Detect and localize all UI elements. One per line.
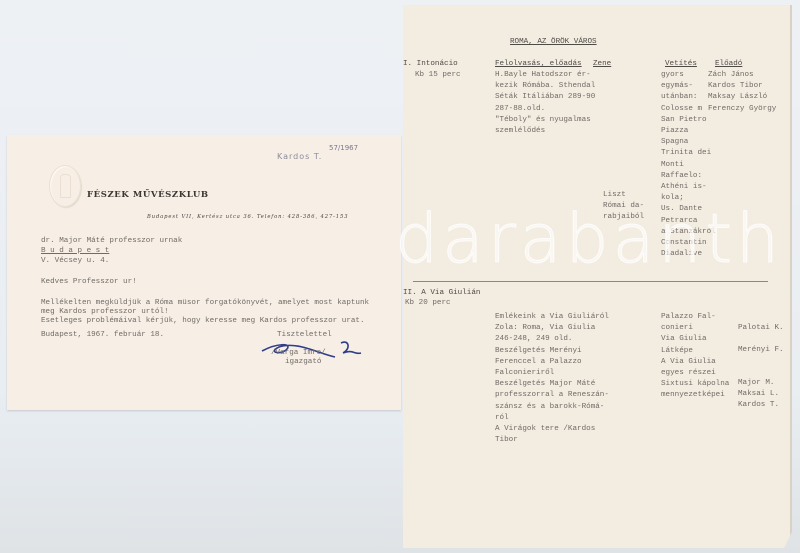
presenter-line: Zách János bbox=[708, 70, 776, 81]
reading-line: 287-88.old. bbox=[495, 104, 595, 115]
letterhead-name: FÉSZEK MŰVÉSZKLUB bbox=[87, 190, 209, 200]
projection-line: Látképe bbox=[661, 346, 729, 357]
section-2-projection: Palazzo Fal- conieri Via Giulia Látképe … bbox=[661, 312, 729, 402]
reading-line: "Téboly" és nyugalmas bbox=[495, 115, 595, 126]
header-music: Zene bbox=[593, 59, 611, 70]
presenter-line: Palotai K. bbox=[738, 323, 784, 334]
presenter-line: Ferenczy György bbox=[708, 104, 776, 115]
presenter-line: Maksay László bbox=[708, 92, 776, 103]
projection-line: Monti bbox=[661, 160, 716, 171]
reading-line: 246-248, 249 old. bbox=[495, 334, 609, 345]
projection-line: Spagna bbox=[661, 137, 716, 148]
signer-title: igazgató bbox=[285, 357, 321, 368]
presenter-line: Major M. bbox=[738, 378, 774, 389]
section-1-reading: H.Bayle Hatodszor ér- kezik Rómába. Sthe… bbox=[495, 70, 595, 137]
section-1-music: Liszt Római da- rabjaiból bbox=[603, 190, 644, 224]
reading-line: szánsz és a barokk-Rómá- bbox=[495, 402, 609, 413]
projection-line: Palazzo Fal- bbox=[661, 312, 729, 323]
header-presenter: Előadó bbox=[715, 59, 742, 70]
projection-line: Us. Dante bbox=[661, 204, 716, 215]
projection-line: A Via Giulia bbox=[661, 357, 729, 368]
projection-line: kola; bbox=[661, 193, 716, 204]
reading-line: Ferenccel a Palazzo bbox=[495, 357, 609, 368]
reading-line: Tibor bbox=[495, 435, 609, 446]
projection-line: Athéni is- bbox=[661, 182, 716, 193]
music-line: rabjaiból bbox=[603, 212, 644, 223]
section-2-duration: Kb 20 perc bbox=[405, 298, 451, 309]
recipient-address: V. Vécsey u. 4. bbox=[41, 256, 109, 267]
presenter-line: Kardos T. bbox=[738, 400, 779, 411]
header-projection: Vetítés bbox=[665, 59, 697, 70]
section-1-presenters: Zách János Kardos Tibor Maksay László Fe… bbox=[708, 70, 776, 115]
projection-line: Trinita dei bbox=[661, 148, 716, 159]
reading-line: Emlékeink a Via Giuliáról bbox=[495, 312, 609, 323]
reading-line: Beszélgetés Major Máté bbox=[495, 379, 609, 390]
letterhead-address: Budapest VII, Kertész utca 36. Telefon: … bbox=[147, 214, 348, 220]
program-title: ROMA, AZ ÖRÖK VÁROS bbox=[510, 37, 597, 48]
reading-line: ról bbox=[495, 413, 609, 424]
projection-line: Sixtusi kápolna bbox=[661, 379, 729, 390]
projection-line: Constantin bbox=[661, 238, 716, 249]
reading-line: Séták Itáliában 289-90 bbox=[495, 92, 595, 103]
header-reading: Felolvasás, előadás bbox=[495, 59, 582, 70]
reading-line: professzorral a Reneszán- bbox=[495, 390, 609, 401]
program-sheet: ROMA, AZ ÖRÖK VÁROS I. Intonácio Felolva… bbox=[403, 5, 792, 548]
music-line: Liszt bbox=[603, 190, 644, 201]
salutation: Kedves Professzor ur! bbox=[41, 277, 137, 288]
pencil-note: Kardos T. bbox=[277, 152, 322, 161]
projection-line: Diadalive bbox=[661, 249, 716, 260]
reading-line: szemlélődés bbox=[495, 126, 595, 137]
projection-line: Via Giulia bbox=[661, 334, 729, 345]
projection-line: a Stanzákról bbox=[661, 227, 716, 238]
section-1-duration: Kb 15 perc bbox=[415, 70, 461, 81]
reading-line: kezik Rómába. Sthendal bbox=[495, 81, 595, 92]
projection-line: egyes részei bbox=[661, 368, 729, 379]
reading-line: Falconieriről bbox=[495, 368, 609, 379]
projection-line: mennyezetképei bbox=[661, 390, 729, 401]
reading-line: A Virágok tere /Kardos bbox=[495, 424, 609, 435]
reading-line: Zola: Roma, Via Giulia bbox=[495, 323, 609, 334]
music-line: Római da- bbox=[603, 201, 644, 212]
letter-sheet: Kardos T. 57/1967 FÉSZEK MŰVÉSZKLUB Buda… bbox=[7, 135, 401, 410]
section-divider bbox=[413, 281, 768, 282]
projection-line: conieri bbox=[661, 323, 729, 334]
projection-line: Raffaelo: bbox=[661, 171, 716, 182]
presenter-line: Merényi F. bbox=[738, 345, 784, 356]
pencil-reference-number: 57/1967 bbox=[329, 144, 358, 152]
club-emboss-logo-icon bbox=[49, 165, 81, 207]
letter-date: Budapest, 1967. február 18. bbox=[41, 330, 164, 341]
projection-line: Petrarca bbox=[661, 216, 716, 227]
section-1-heading: I. Intonácio bbox=[403, 59, 458, 70]
presenter-line: Kardos Tibor bbox=[708, 81, 776, 92]
section-2-reading: Emlékeink a Via Giuliáról Zola: Roma, Vi… bbox=[495, 312, 609, 446]
reading-line: H.Bayle Hatodszor ér- bbox=[495, 70, 595, 81]
presenter-line: Maksai L. bbox=[738, 389, 779, 400]
projection-line: Piazza bbox=[661, 126, 716, 137]
body-line-3: Esetleges problémáival kérjük, hogy kere… bbox=[41, 316, 365, 327]
reading-line: Beszélgetés Merényi bbox=[495, 346, 609, 357]
projection-line: San Pietro bbox=[661, 115, 716, 126]
